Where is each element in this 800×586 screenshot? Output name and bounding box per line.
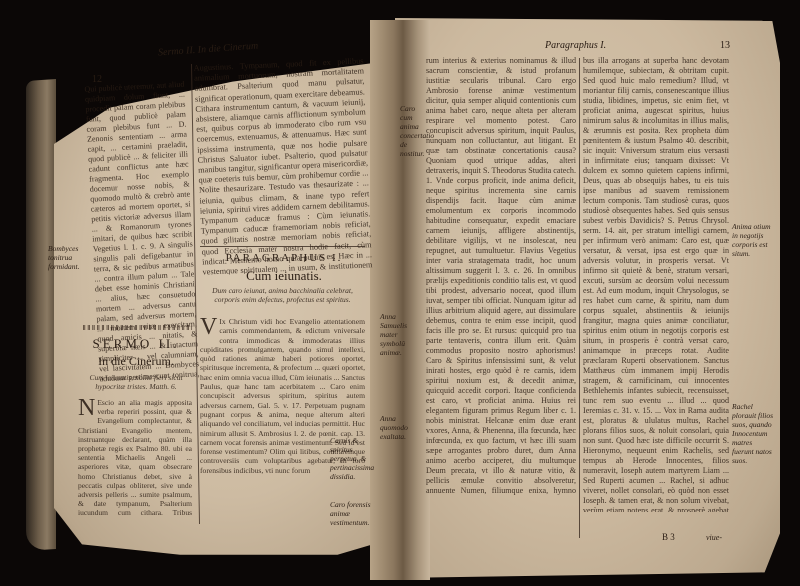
right-column-rule (579, 58, 580, 538)
left-running-head: Sermo II. In die Cinerum (158, 41, 259, 59)
right-margin-note-4: Anima otium in negotijs corporis est sit… (732, 222, 772, 258)
left-margin-note-3: Caro forensis animæ vestimentum. (330, 500, 372, 527)
sermo-subtitle: In die Cinerum. (80, 354, 192, 369)
left-margin-note-2: Carnis & spiritus perpetua, & pertinacis… (330, 436, 372, 481)
ornament-band: ǁǁǁǁǁǁǁǁǁǁǁǁǁǁǁǁǁǁǁǁǁǁǁǁǁǁǁǁǁ (82, 324, 192, 332)
left-col2-top-text: Augustinus. Tympanum, quod fit ex pellib… (193, 56, 372, 275)
dropcap-n: N (78, 398, 95, 418)
paragraph-epigraph: Dum caro ieiunat, anima bacchinalia cele… (200, 286, 365, 304)
sermo-epigraph: Cum ieiunatis, nolite fieri sicut hypocr… (80, 373, 192, 391)
catchword: viue- (706, 533, 722, 542)
right-folio: 13 (720, 40, 730, 51)
right-margin-note-2: Anna Samuelis mater symbolû animæ. (380, 312, 418, 357)
sermo-title: SERMO II. (80, 336, 192, 352)
book-edge (26, 79, 56, 551)
right-margin-note-5: Rachel plorauit filios suos, quando Inno… (732, 402, 774, 465)
right-running-head: Paragraphus I. (545, 40, 606, 51)
left-margin-note-1: Bombyces tonitrua formidant. (48, 244, 88, 271)
right-col2-text: bus illa arrogans at superba hanc devota… (583, 56, 729, 512)
paragraph-label: PARAGRAPHUS I. (200, 252, 368, 264)
book-photo: 12 Sermo II. In die Cinerum Qui publicè … (0, 0, 800, 586)
dropcap-v: V (200, 317, 217, 337)
right-margin-note-3: Anna quomodo exaltata. (380, 414, 414, 441)
right-col1-text: rum interius & exterius nominamus & illu… (426, 56, 576, 496)
left-col1-bottom-text: NEscio an alia magis apposita verba repe… (78, 398, 192, 516)
left-col2-bottom-text: VIx Christum vidi hoc Evangelio attentat… (200, 317, 365, 525)
signature-mark: B 3 (662, 532, 675, 542)
paragraph-title: Cum ieiunatis. (200, 268, 368, 284)
right-margin-note-1: Caro cum anima concertatio de nostitur. (400, 104, 428, 158)
section-rule (200, 246, 365, 247)
